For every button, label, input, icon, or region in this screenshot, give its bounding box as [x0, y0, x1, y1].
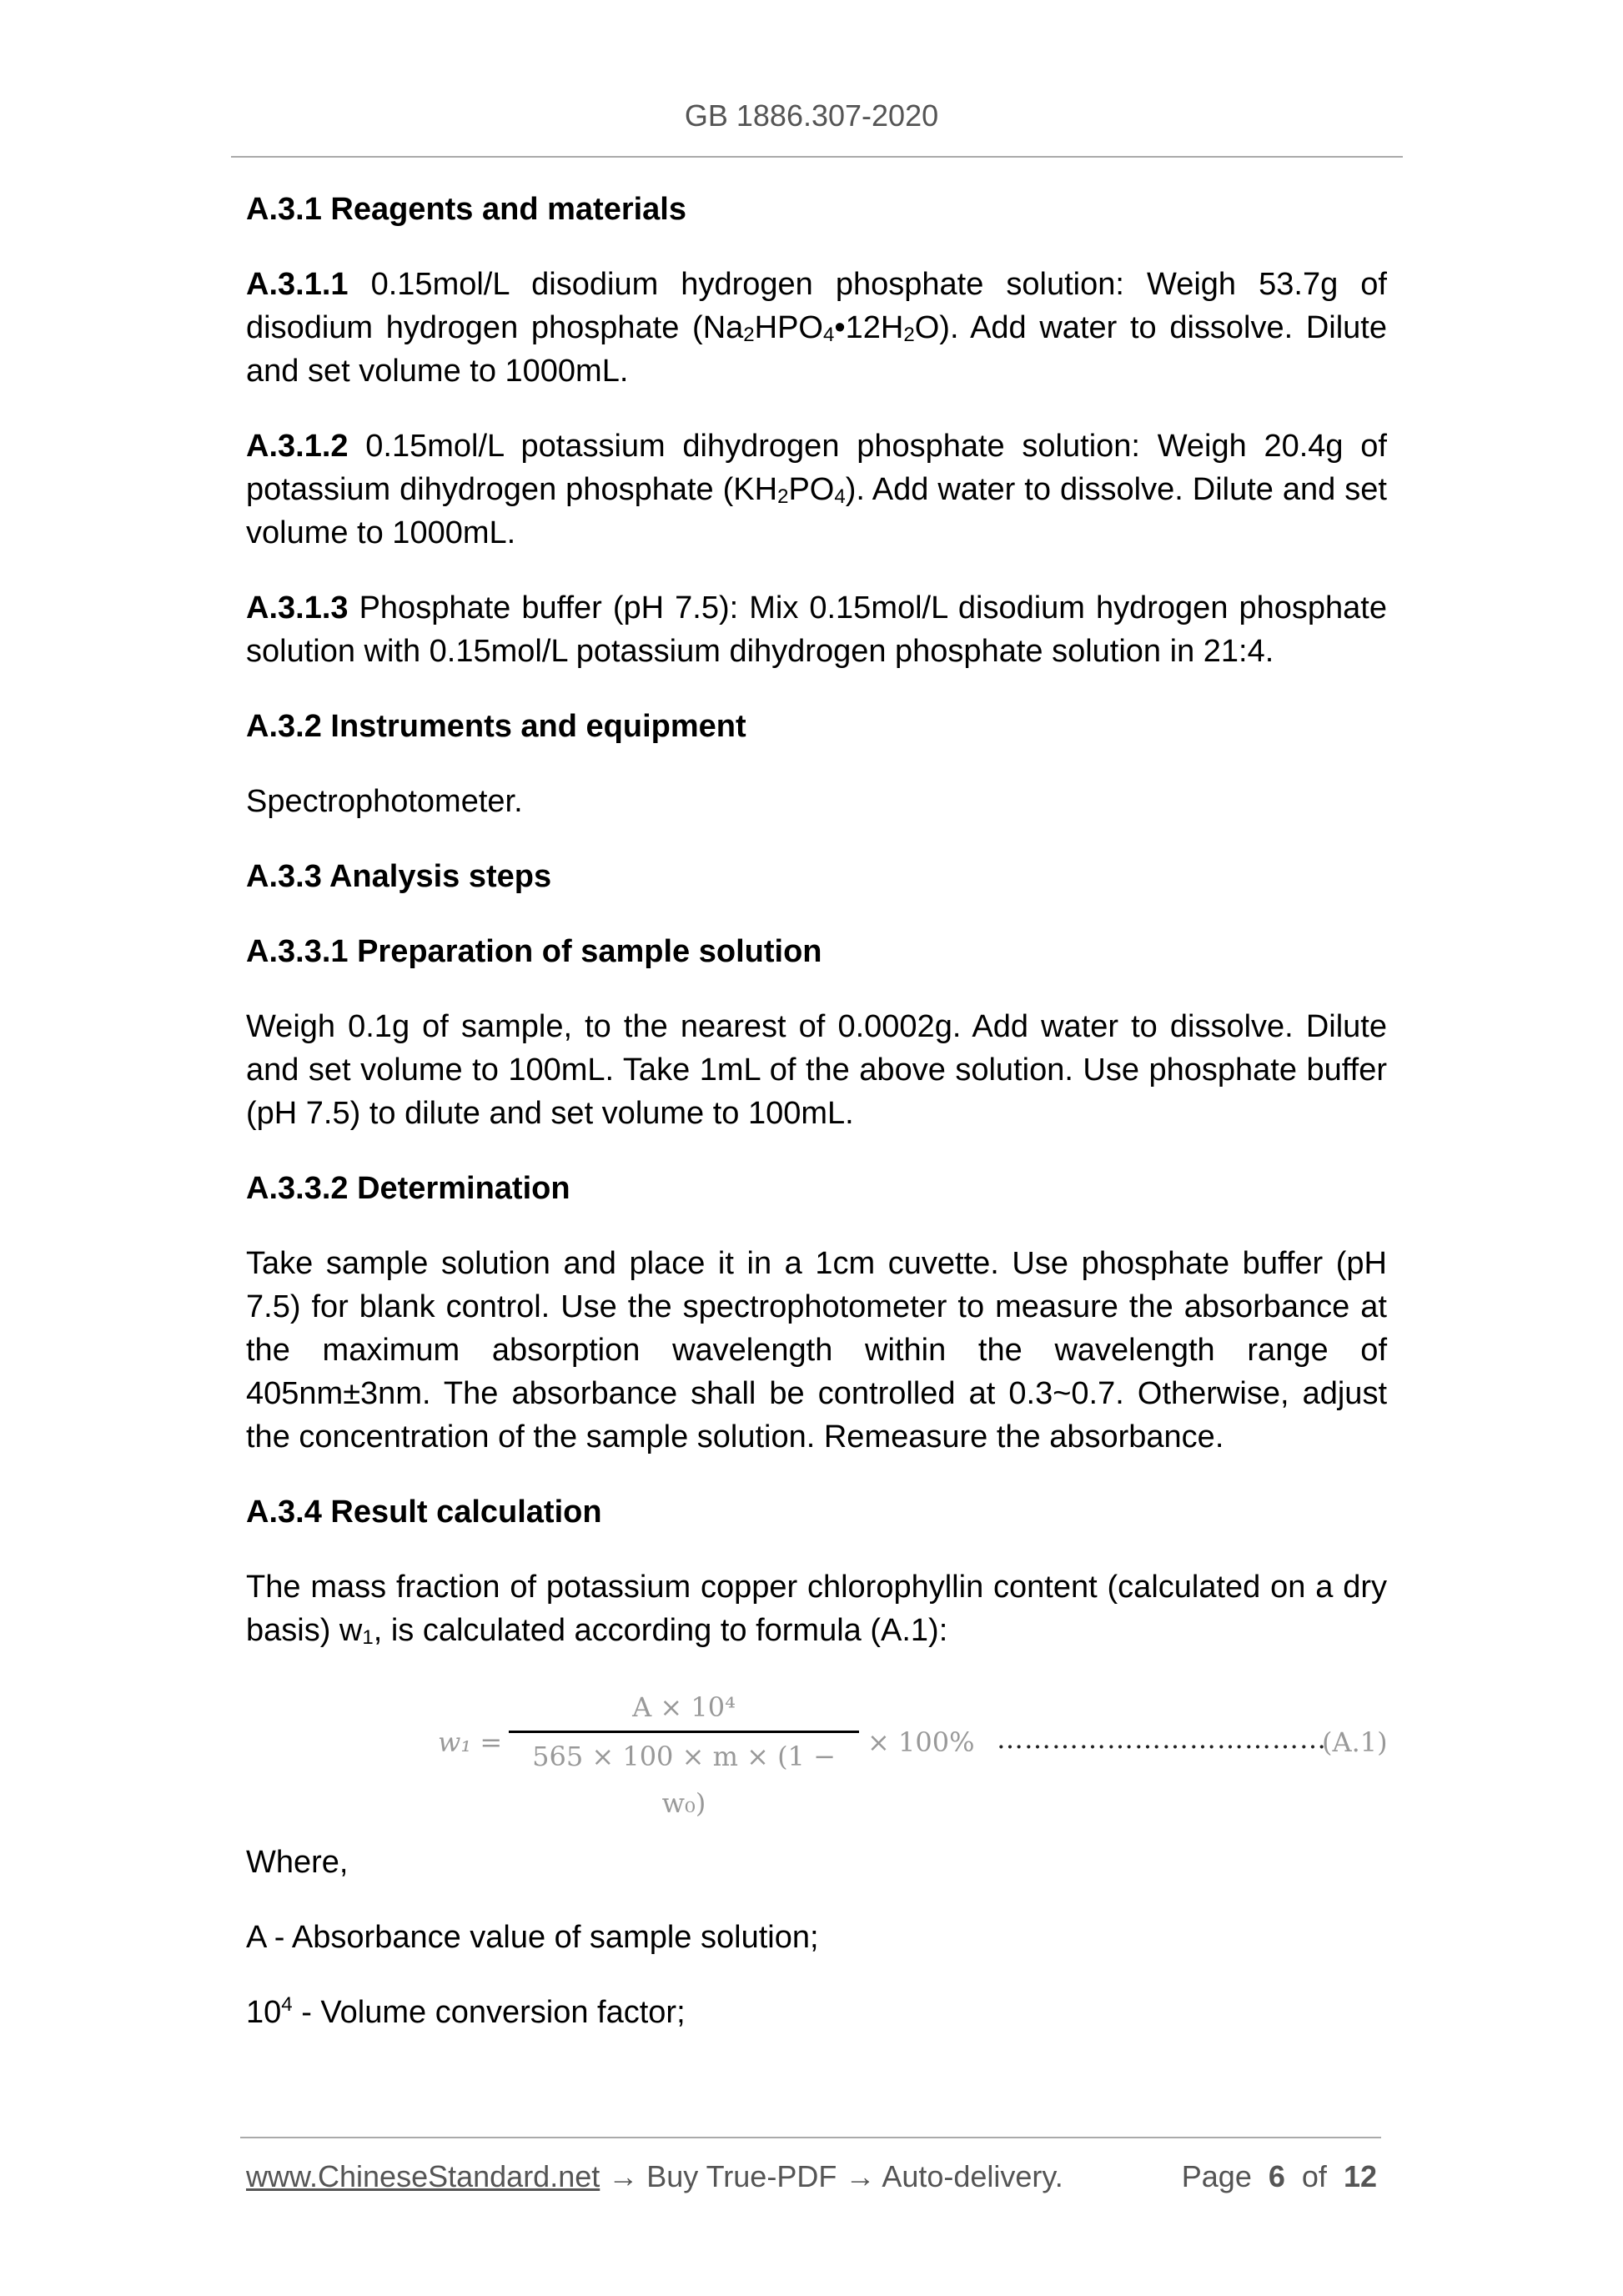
chinesestandard-link[interactable]: www.ChineseStandard.net: [246, 2159, 600, 2193]
clause-a332-text: Take sample solution and place it in a 1…: [246, 1242, 1387, 1459]
formula-a1: w₁ = A × 10⁴ 565 × 100 × m × (1 − w₀) × …: [246, 1684, 1387, 1792]
where-item-10-4: 104 - Volume conversion factor;: [246, 1991, 1387, 2034]
page-indicator: Page 6 of 12: [1182, 2159, 1377, 2194]
section-heading-a31: A.3.1 Reagents and materials: [246, 188, 1387, 231]
formula-fraction: A × 10⁴ 565 × 100 × m × (1 − w₀): [509, 1684, 859, 1780]
clause-a34-text: The mass fraction of potassium copper ch…: [246, 1565, 1387, 1652]
clause-a331-text: Weigh 0.1g of sample, to the nearest of …: [246, 1005, 1387, 1135]
header-divider: [231, 156, 1403, 158]
clause-a32-text: Spectrophotometer.: [246, 780, 1387, 823]
formula-numerator: A × 10⁴: [509, 1684, 859, 1731]
where-intro: Where,: [246, 1841, 1387, 1884]
formula-denominator: 565 × 100 × m × (1 − w₀): [509, 1733, 859, 1780]
formula-label: (A.1): [1322, 1721, 1388, 1764]
footer-tagline: → Buy True-PDF → Auto-delivery.: [600, 2159, 1063, 2193]
formula-leader-dots: ………………………………: [997, 1717, 1327, 1761]
document-id-header: GB 1886.307-2020: [0, 98, 1623, 133]
clause-a311: A.3.1.1 0.15mol/L disodium hydrogen phos…: [246, 263, 1387, 393]
clause-a313: A.3.1.3 Phosphate buffer (pH 7.5): Mix 0…: [246, 586, 1387, 673]
section-heading-a33: A.3.3 Analysis steps: [246, 855, 1387, 898]
section-heading-a331: A.3.3.1 Preparation of sample solution: [246, 930, 1387, 973]
page-footer: www.ChineseStandard.net → Buy True-PDF →…: [246, 2159, 1377, 2194]
footer-divider: [240, 2137, 1381, 2138]
clause-a312: A.3.1.2 0.15mol/L potassium dihydrogen p…: [246, 425, 1387, 555]
where-item-a: A - Absorbance value of sample solution;: [246, 1916, 1387, 1959]
section-heading-a34: A.3.4 Result calculation: [246, 1490, 1387, 1534]
section-heading-a332: A.3.3.2 Determination: [246, 1167, 1387, 1210]
section-heading-a32: A.3.2 Instruments and equipment: [246, 705, 1387, 748]
document-body: A.3.1 Reagents and materials A.3.1.1 0.1…: [246, 188, 1387, 2066]
formula-lhs: w₁ =: [438, 1721, 502, 1764]
formula-multiplier: × 100%: [867, 1721, 974, 1764]
